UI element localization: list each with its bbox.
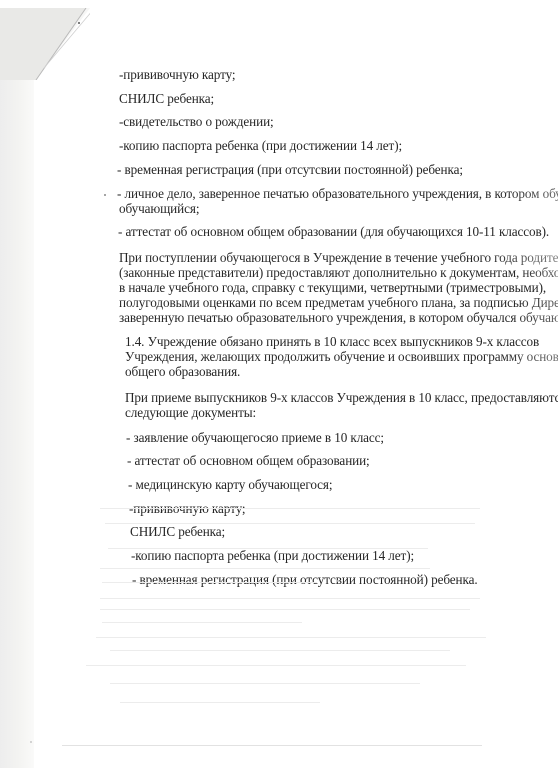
list-item-vaccination-card: -прививочную карту; [119,67,235,82]
paragraph-transfer-line: При поступлении обучающегося в Учреждени… [119,250,558,265]
section-1-4-line: 1.4. Учреждение обязано принять в 10 кла… [125,334,539,349]
list-item-temp-registration: - временная регистрация (при отсутсвии п… [132,572,478,587]
section-1-4-line: общего образования. [125,364,240,379]
list-item-temp-registration: - временная регистрация (при отсутсвии п… [117,162,463,177]
paragraph-transfer-line: (законные представители) предоставляют д… [119,265,558,280]
list-item-certificate-basic: - аттестат об основном общем образовании… [127,453,370,468]
folded-corner [0,8,90,80]
list-item-application: - заявление обучающегосяо приеме в 10 кл… [126,430,384,445]
section-1-4-line: Учреждения, желающих продолжить обучение… [125,349,558,364]
list-item-personal-file-cont: обучающийся; [119,201,199,216]
document-page [34,0,558,768]
scan-left-edge [0,0,34,768]
paragraph-grade10-line: При приеме выпускников 9-х классов Учреж… [125,390,558,405]
list-item-passport-copy: -копию паспорта ребенка (при достижении … [119,138,402,153]
list-item-snils: СНИЛС ребенка; [130,524,225,539]
list-item-personal-file: - личное дело, заверенное печатью образо… [117,186,558,201]
scan-top-strip [0,0,558,8]
list-item-certificate-basic: - аттестат об основном общем образовании… [118,224,549,239]
paragraph-transfer-line: заверенную печатью образовательного учре… [119,310,558,325]
list-item-birth-certificate: -свидетельство о рождении; [119,114,274,129]
paragraph-transfer-line: полугодовыми оценками по всем предметам … [119,295,558,310]
paragraph-grade10-line: следующие документы: [125,405,256,420]
list-item-snils: СНИЛС ребенка; [119,91,214,106]
list-item-passport-copy: -копию паспорта ребенка (при достижении … [131,548,414,563]
paragraph-transfer-line: в начале учебного года, справку с текущи… [119,280,546,295]
list-item-medical-card: - медицинскую карту обучающегося; [128,477,332,492]
